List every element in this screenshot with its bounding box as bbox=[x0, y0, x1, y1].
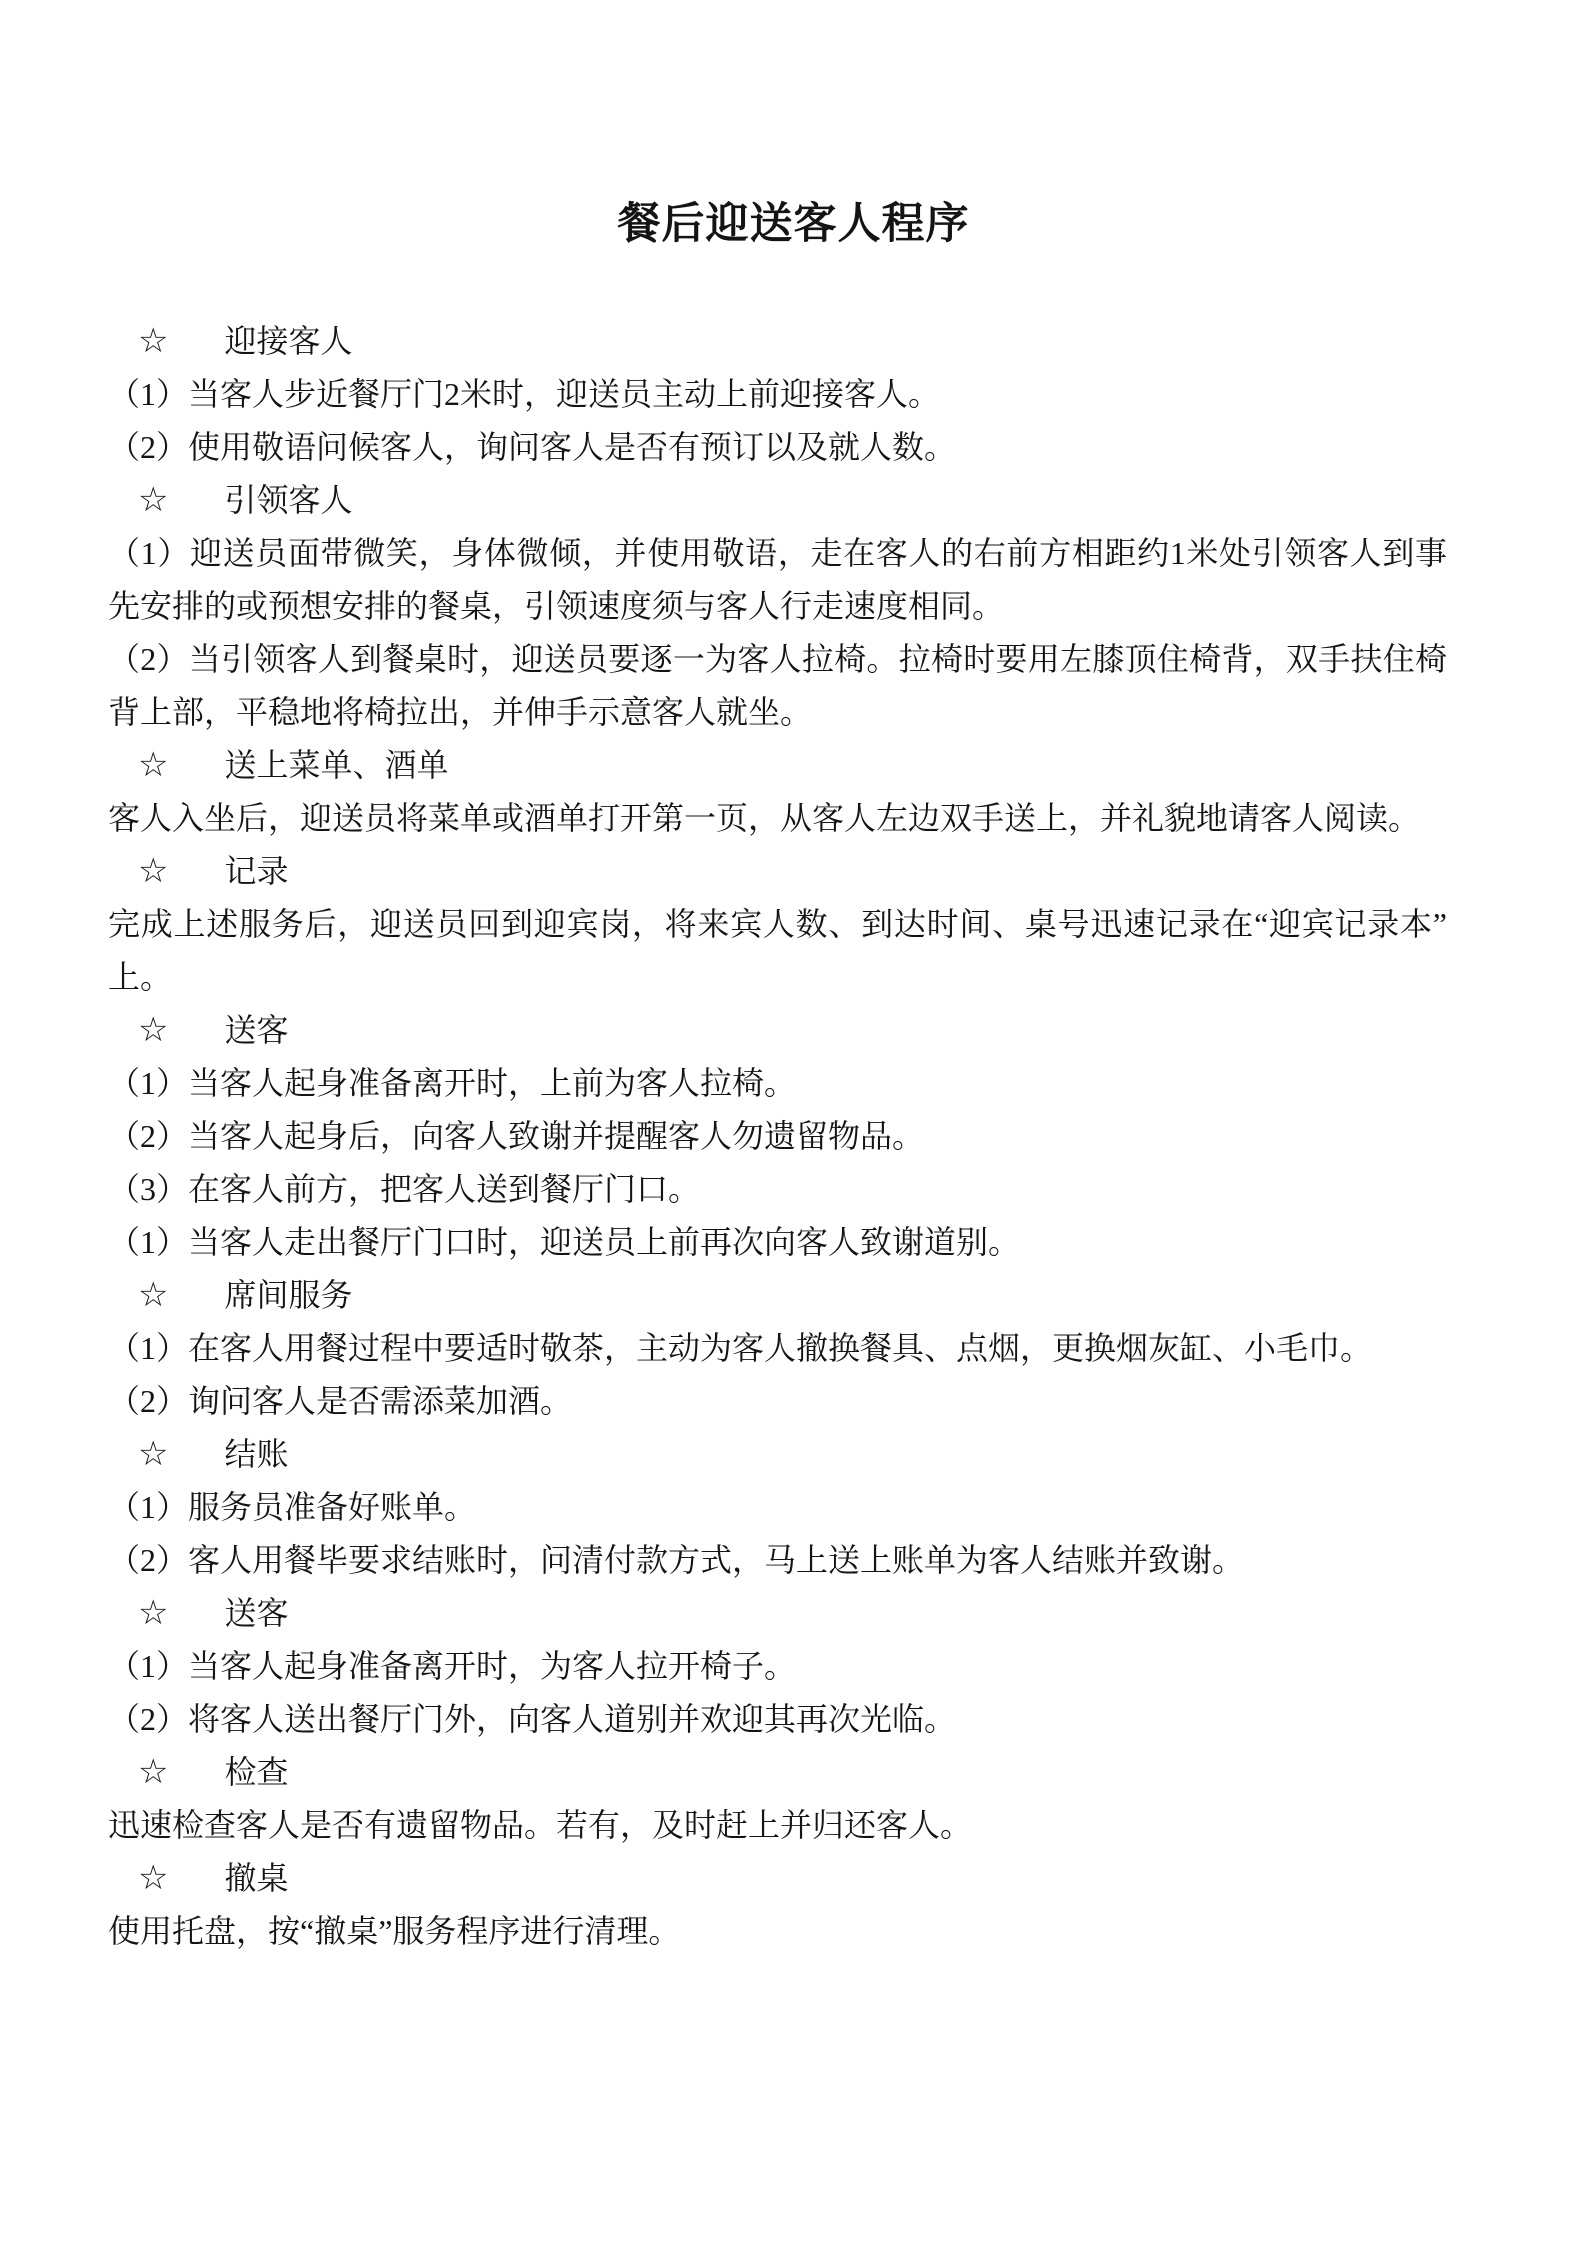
star-icon: ☆ bbox=[138, 1269, 168, 1322]
numbered-item: （1）当客人走出餐厅门口时，迎送员上前再次向客人致谢道别。 bbox=[108, 1216, 1447, 1269]
section-heading-label: 迎接客人 bbox=[224, 323, 352, 359]
paragraph: 完成上述服务后，迎送员回到迎宾岗，将来宾人数、到达时间、桌号迅速记录在“迎宾记录… bbox=[108, 898, 1447, 1004]
numbered-item: （2）将客人送出餐厅门外，向客人道别并欢迎其再次光临。 bbox=[108, 1693, 1447, 1746]
numbered-item: （1）当客人步近餐厅门2米时，迎送员主动上前迎接客人。 bbox=[108, 368, 1447, 421]
star-icon: ☆ bbox=[138, 845, 168, 898]
star-icon: ☆ bbox=[138, 315, 168, 368]
section-heading-label: 引领客人 bbox=[224, 482, 352, 518]
star-icon: ☆ bbox=[138, 1587, 168, 1640]
section-heading: ☆席间服务 bbox=[108, 1269, 1447, 1322]
section-heading-label: 送客 bbox=[224, 1595, 288, 1631]
section-heading: ☆记录 bbox=[108, 845, 1447, 898]
section-heading: ☆撤桌 bbox=[108, 1852, 1447, 1905]
section-heading: ☆送客 bbox=[108, 1587, 1447, 1640]
section-heading: ☆引领客人 bbox=[108, 474, 1447, 527]
numbered-item: （2）使用敬语问候客人，询问客人是否有预订以及就人数。 bbox=[108, 421, 1447, 474]
document-title: 餐后迎送客人程序 bbox=[0, 0, 1587, 249]
numbered-item: （2）询问客人是否需添菜加酒。 bbox=[108, 1375, 1447, 1428]
section-heading-label: 撤桌 bbox=[224, 1860, 288, 1896]
paragraph: 客人入坐后，迎送员将菜单或酒单打开第一页，从客人左边双手送上，并礼貌地请客人阅读… bbox=[108, 792, 1447, 845]
numbered-item: （1）当客人起身准备离开时，上前为客人拉椅。 bbox=[108, 1057, 1447, 1110]
numbered-item: （2）当引领客人到餐桌时，迎送员要逐一为客人拉椅。拉椅时要用左膝顶住椅背，双手扶… bbox=[108, 633, 1447, 739]
numbered-item: （2）客人用餐毕要求结账时，问清付款方式，马上送上账单为客人结账并致谢。 bbox=[108, 1534, 1447, 1587]
section-heading: ☆迎接客人 bbox=[108, 315, 1447, 368]
section-heading: ☆送客 bbox=[108, 1004, 1447, 1057]
numbered-item: （1）当客人起身准备离开时，为客人拉开椅子。 bbox=[108, 1640, 1447, 1693]
section-heading-label: 结账 bbox=[224, 1436, 288, 1472]
star-icon: ☆ bbox=[138, 1852, 168, 1905]
numbered-item: （1）迎送员面带微笑，身体微倾，并使用敬语，走在客人的右前方相距约1米处引领客人… bbox=[108, 527, 1447, 633]
star-icon: ☆ bbox=[138, 474, 168, 527]
star-icon: ☆ bbox=[138, 1746, 168, 1799]
section-heading: ☆结账 bbox=[108, 1428, 1447, 1481]
paragraph: 使用托盘，按“撤桌”服务程序进行清理。 bbox=[108, 1905, 1447, 1958]
star-icon: ☆ bbox=[138, 1428, 168, 1481]
document-page: 餐后迎送客人程序 ☆迎接客人（1）当客人步近餐厅门2米时，迎送员主动上前迎接客人… bbox=[0, 0, 1587, 2245]
numbered-item: （1）在客人用餐过程中要适时敬茶，主动为客人撤换餐具、点烟，更换烟灰缸、小毛巾。 bbox=[108, 1322, 1447, 1375]
section-heading-label: 检查 bbox=[224, 1754, 288, 1790]
section-heading: ☆检查 bbox=[108, 1746, 1447, 1799]
section-heading-label: 席间服务 bbox=[224, 1277, 352, 1313]
section-heading-label: 送上菜单、酒单 bbox=[224, 747, 448, 783]
numbered-item: （3）在客人前方，把客人送到餐厅门口。 bbox=[108, 1163, 1447, 1216]
section-heading-label: 记录 bbox=[224, 853, 288, 889]
numbered-item: （1）服务员准备好账单。 bbox=[108, 1481, 1447, 1534]
section-heading-label: 送客 bbox=[224, 1012, 288, 1048]
numbered-item: （2）当客人起身后，向客人致谢并提醒客人勿遗留物品。 bbox=[108, 1110, 1447, 1163]
section-heading: ☆送上菜单、酒单 bbox=[108, 739, 1447, 792]
document-body: ☆迎接客人（1）当客人步近餐厅门2米时，迎送员主动上前迎接客人。（2）使用敬语问… bbox=[108, 315, 1447, 1958]
star-icon: ☆ bbox=[138, 739, 168, 792]
paragraph: 迅速检查客人是否有遗留物品。若有，及时赶上并归还客人。 bbox=[108, 1799, 1447, 1852]
star-icon: ☆ bbox=[138, 1004, 168, 1057]
